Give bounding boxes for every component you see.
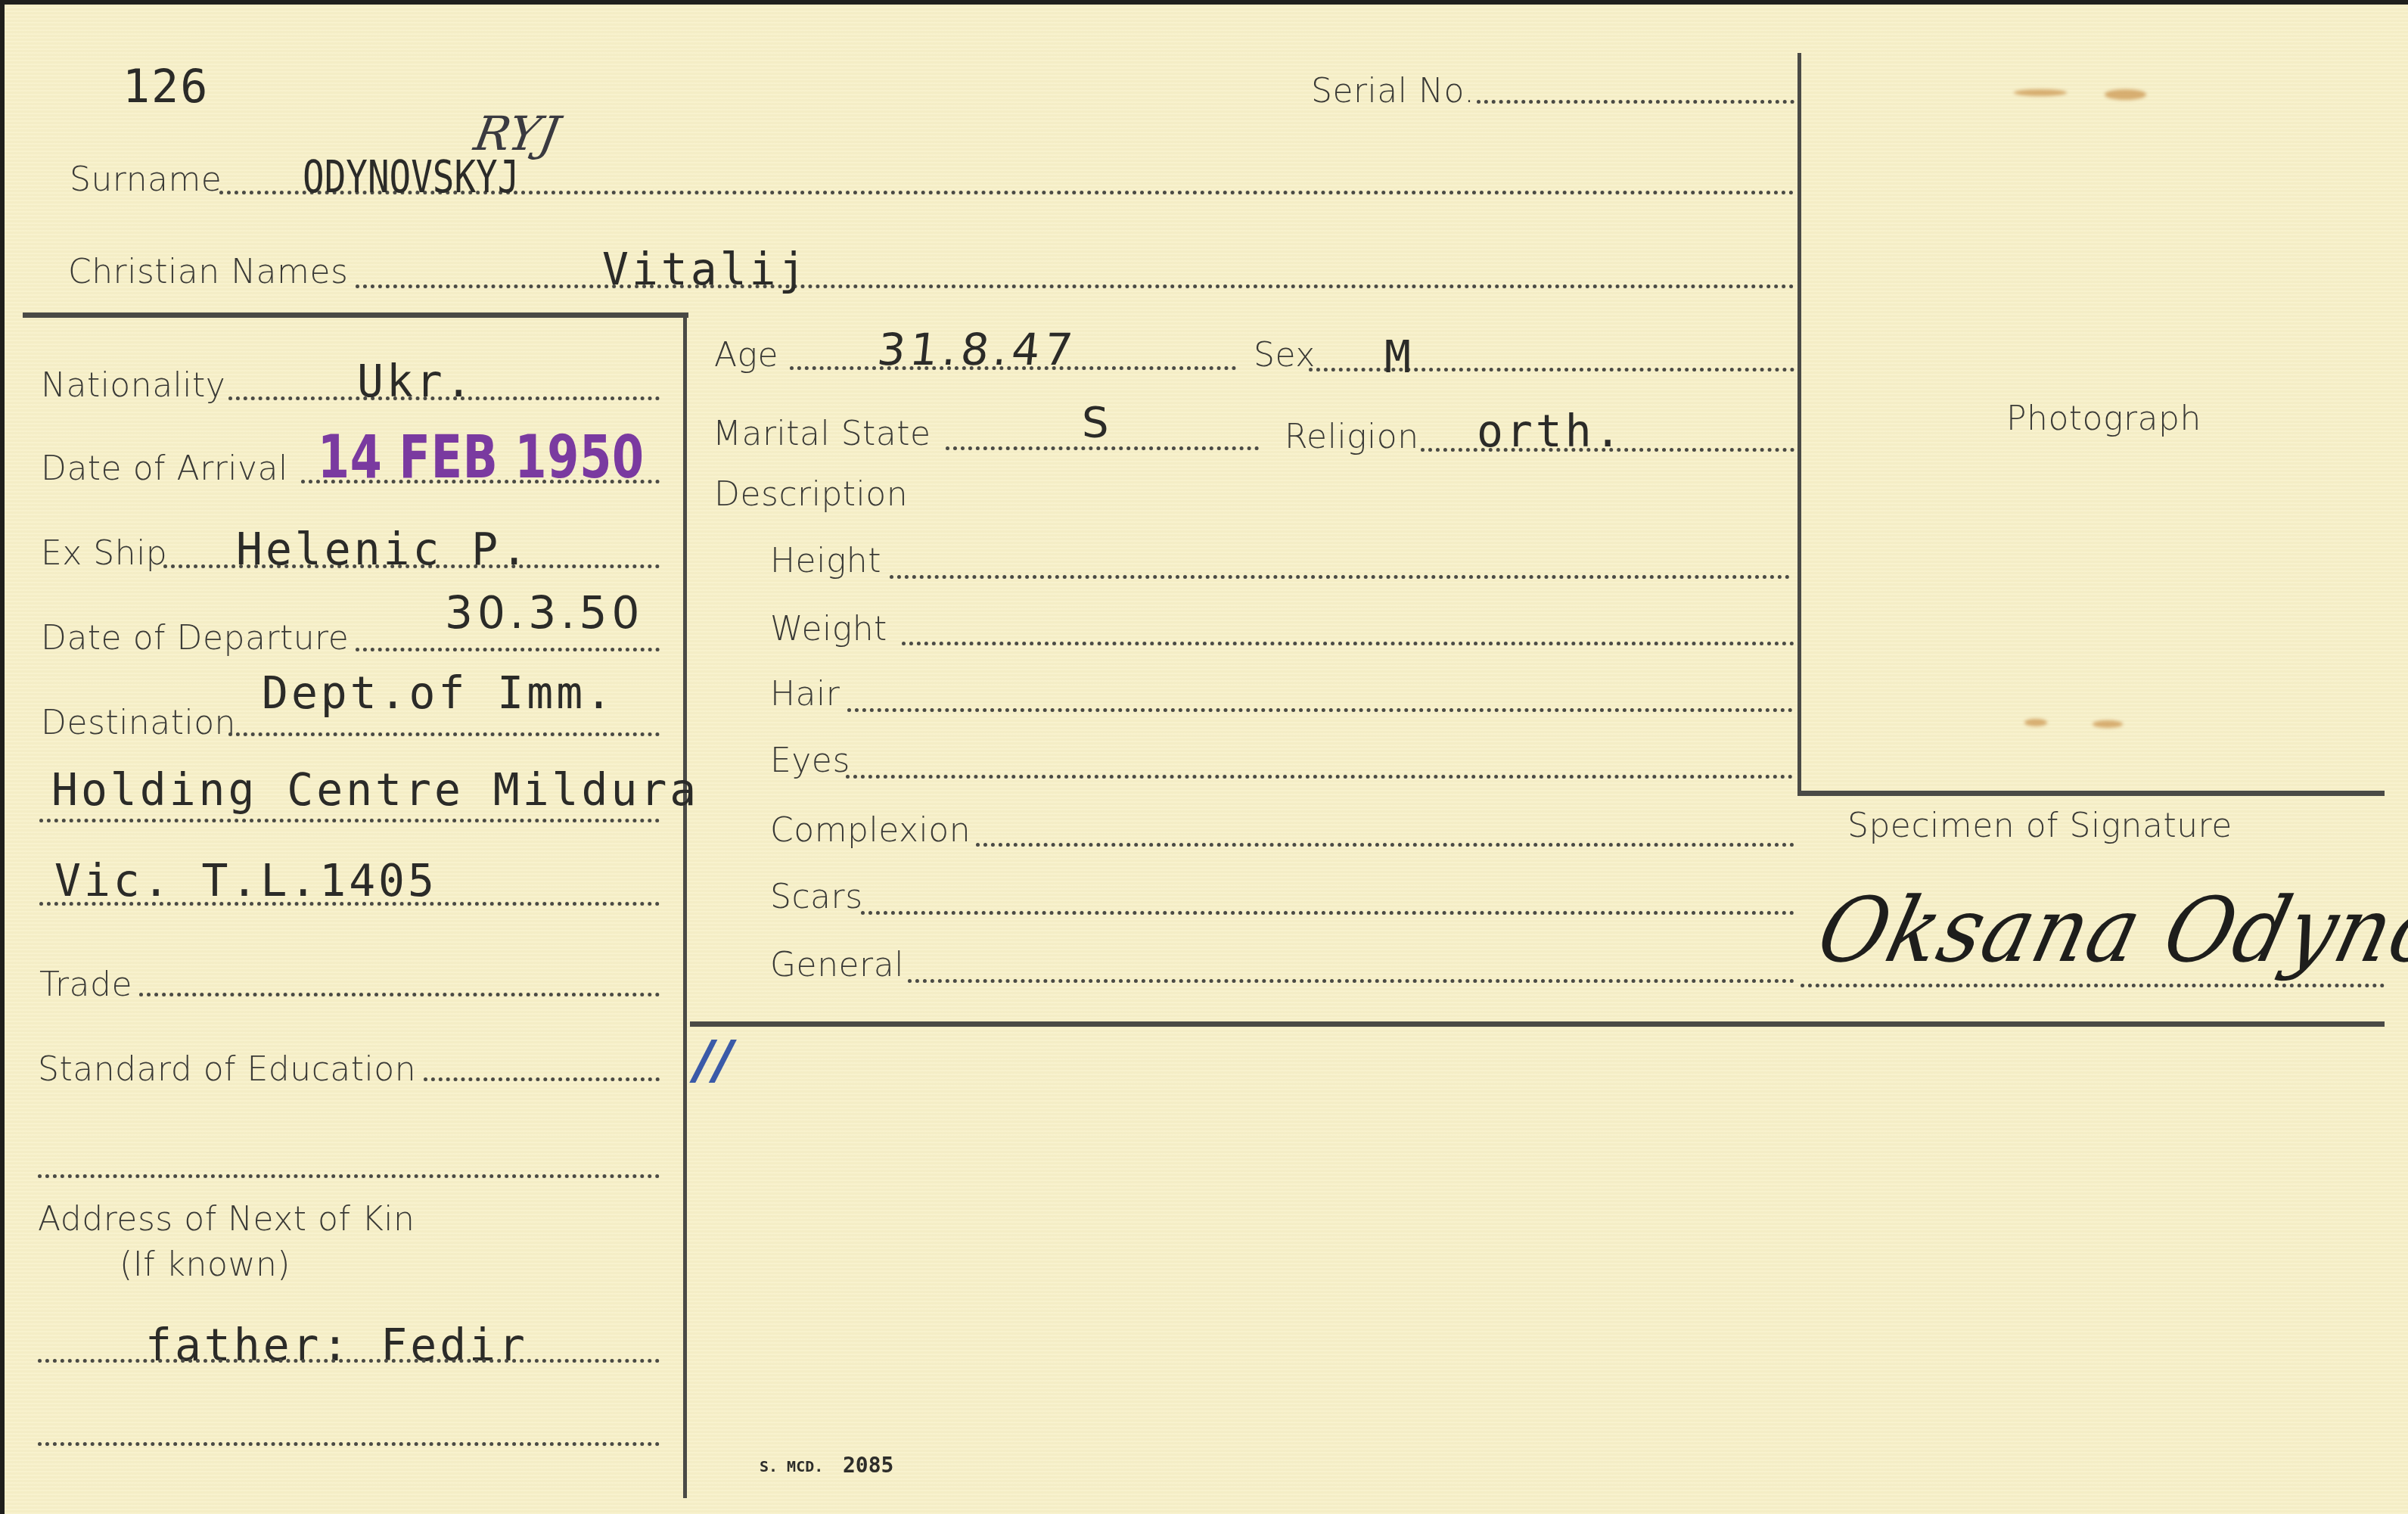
- date-of-arrival-stamp: 14 FEB 1950: [318, 424, 645, 492]
- destination-label: Destination: [41, 704, 236, 742]
- eyes-label: Eyes: [770, 741, 850, 780]
- general-field[interactable]: [908, 979, 1794, 983]
- scars-field[interactable]: [861, 911, 1794, 915]
- eyes-field[interactable]: [846, 775, 1793, 779]
- age-value: 31.8.47: [875, 324, 1080, 375]
- description-label: Description: [714, 475, 908, 514]
- christian-names-field[interactable]: [356, 284, 1794, 288]
- left-column-divider: [683, 314, 687, 1498]
- destination-value-line1: Dept.of Imm.: [262, 667, 615, 719]
- ex-ship-label: Ex Ship: [41, 534, 167, 573]
- serial-no-field[interactable]: [1477, 100, 1794, 104]
- sex-field[interactable]: [1309, 368, 1794, 372]
- surname-handwritten-annotation: RYJ: [471, 106, 564, 161]
- ditto-mark: //: [694, 1029, 733, 1091]
- general-label: General: [770, 946, 904, 984]
- trade-field[interactable]: [139, 993, 660, 996]
- card-number: 126: [123, 61, 209, 113]
- date-of-departure-value: 30.3.50: [445, 587, 644, 639]
- staple-stain: [2024, 719, 2047, 726]
- standard-of-education-field-line2[interactable]: [38, 1174, 660, 1178]
- next-of-kin-field-line2[interactable]: [38, 1442, 660, 1446]
- destination-field-line2[interactable]: [39, 819, 660, 822]
- date-of-departure-field[interactable]: [356, 648, 660, 651]
- next-of-kin-field[interactable]: [38, 1359, 660, 1363]
- form-code-number: 2085: [843, 1453, 893, 1478]
- religion-value: orth.: [1477, 406, 1624, 457]
- form-code-prefix: S. MCD.: [760, 1457, 823, 1475]
- height-label: Height: [770, 542, 881, 580]
- standard-of-education-label: Standard of Education: [38, 1050, 416, 1089]
- photograph-box-bottom-border: [1797, 791, 2385, 796]
- nationality-label: Nationality: [41, 366, 225, 405]
- complexion-label: Complexion: [770, 811, 971, 850]
- staple-stain: [2093, 720, 2123, 728]
- complexion-field[interactable]: [976, 843, 1794, 847]
- nationality-value: Ukr.: [357, 356, 475, 407]
- marital-state-value: S: [1082, 398, 1112, 447]
- next-of-kin-value: father: Fedir: [145, 1320, 528, 1371]
- date-of-departure-label: Date of Departure: [41, 619, 349, 658]
- sex-label: Sex: [1254, 336, 1316, 375]
- ex-ship-value: Helenic P.: [236, 524, 530, 575]
- scars-label: Scars: [770, 878, 863, 916]
- weight-label: Weight: [770, 610, 887, 648]
- weight-field[interactable]: [902, 642, 1794, 645]
- date-of-arrival-label: Date of Arrival: [41, 449, 288, 488]
- serial-no-label: Serial No.: [1311, 72, 1475, 110]
- signature-field[interactable]: [1801, 984, 2385, 987]
- height-field[interactable]: [890, 575, 1790, 579]
- description-divider: [690, 1021, 2385, 1027]
- christian-names-value: Vitalij: [602, 244, 808, 295]
- staple-stain: [2105, 89, 2146, 100]
- signature-label: Specimen of Signature: [1847, 807, 2232, 845]
- hair-label: Hair: [770, 675, 840, 713]
- religion-label: Religion: [1285, 418, 1419, 456]
- destination-value-line2: Holding Centre Mildura: [51, 764, 699, 816]
- destination-field-line3[interactable]: [39, 902, 660, 906]
- photograph-box-left-border: [1797, 53, 1801, 796]
- next-of-kin-label: Address of Next of Kin: [38, 1200, 415, 1239]
- destination-field[interactable]: [228, 732, 660, 736]
- surname-label: Surname: [70, 160, 222, 199]
- standard-of-education-field[interactable]: [424, 1077, 660, 1081]
- next-of-kin-sublabel: (If known): [120, 1245, 291, 1284]
- header-divider: [23, 312, 688, 318]
- hair-field[interactable]: [847, 708, 1793, 712]
- age-label: Age: [714, 336, 778, 375]
- marital-state-label: Marital State: [713, 415, 931, 453]
- trade-label: Trade: [39, 965, 132, 1004]
- staple-stain: [2014, 89, 2067, 96]
- sex-value: M: [1384, 331, 1414, 383]
- signature-value: Oksana Odynova: [1808, 878, 2408, 982]
- photograph-label: Photograph: [2006, 399, 2201, 438]
- christian-names-label: Christian Names: [68, 253, 348, 291]
- registration-card: 126 Serial No. Surname ODYNOVSKYJ RYJ Ch…: [0, 0, 2408, 1514]
- destination-value-line3: Vic. T.L.1405: [54, 855, 437, 906]
